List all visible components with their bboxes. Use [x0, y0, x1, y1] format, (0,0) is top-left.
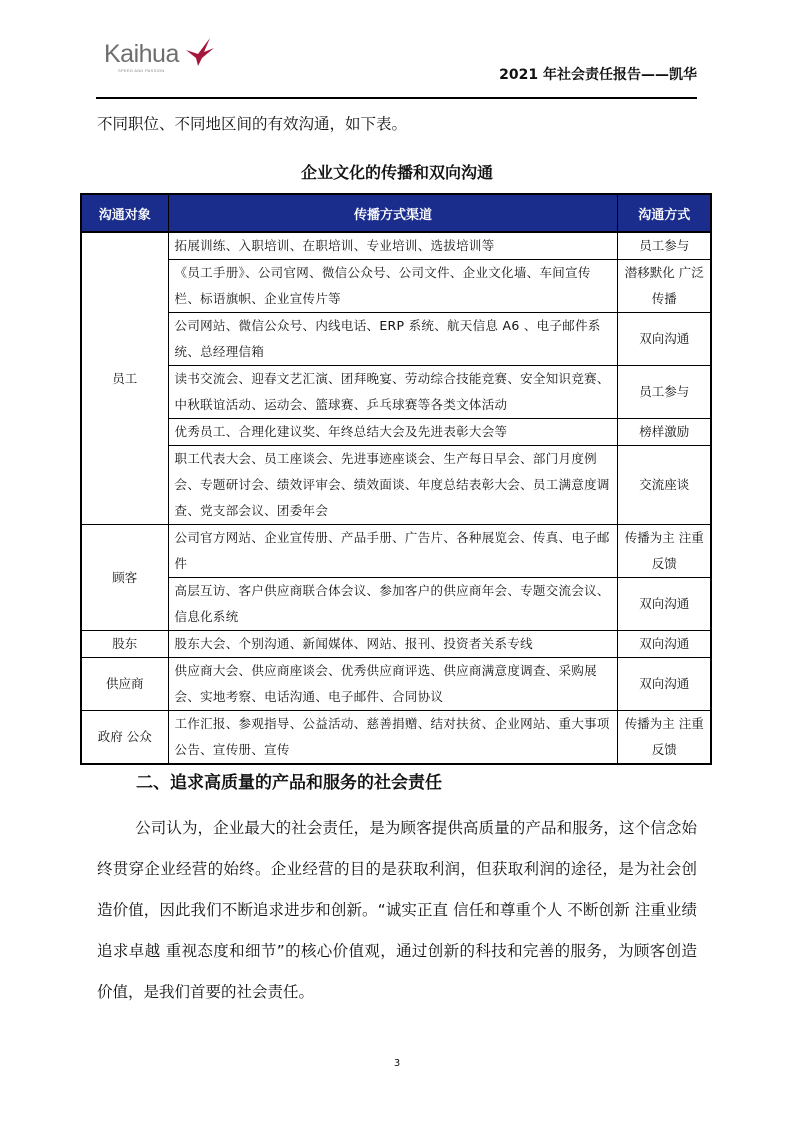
table-row: 《员工手册》、公司官网、微信公众号、公司文件、企业文化墙、车间宣传栏、标语旗帜、…: [81, 260, 711, 313]
method-cell: 传播为主 注重反馈: [618, 711, 711, 765]
column-header-target: 沟通对象: [81, 194, 168, 232]
method-cell: 双向沟通: [618, 631, 711, 658]
table-row: 读书交流会、迎春文艺汇演、团拜晚宴、劳动综合技能竞赛、安全知识竞赛、中秋联谊活动…: [81, 366, 711, 419]
channels-cell: 供应商大会、供应商座谈会、优秀供应商评选、供应商满意度调查、采购展会、实地考察、…: [168, 658, 618, 711]
target-cell: 顾客: [81, 525, 168, 631]
table-row: 公司网站、微信公众号、内线电话、ERP 系统、航天信息 A6 、电子邮件系统、总…: [81, 313, 711, 366]
table-row: 高层互访、客户供应商联合体会议、参加客户的供应商年会、专题交流会议、信息化系统 …: [81, 578, 711, 631]
target-cell: 供应商: [81, 658, 168, 711]
channels-cell: 公司网站、微信公众号、内线电话、ERP 系统、航天信息 A6 、电子邮件系统、总…: [168, 313, 618, 366]
target-cell: 员工: [81, 232, 168, 525]
table-row: 职工代表大会、员工座谈会、先进事迹座谈会、生产每日早会、部门月度例会、专题研讨会…: [81, 446, 711, 525]
method-cell: 榜样激励: [618, 419, 711, 446]
channels-cell: 优秀员工、合理化建议奖、年终总结大会及先进表彰大会等: [168, 419, 618, 446]
table-row: 顾客 公司官方网站、企业宣传册、产品手册、广告片、各种展览会、传真、电子邮件 传…: [81, 525, 711, 578]
method-cell: 潜移默化 广泛传播: [618, 260, 711, 313]
report-title: 2021 年社会责任报告——凯华: [499, 64, 697, 84]
body-paragraph: 公司认为，企业最大的社会责任，是为顾客提供高质量的产品和服务，这个信念始终贯穿企…: [97, 808, 697, 1013]
hummingbird-icon: [184, 36, 216, 66]
method-cell: 双向沟通: [618, 578, 711, 631]
method-cell: 员工参与: [618, 232, 711, 260]
channels-cell: 股东大会、个别沟通、新闻媒体、网站、报刊、投资者关系专线: [168, 631, 618, 658]
target-cell: 政府 公众: [81, 711, 168, 765]
section-heading: 二、追求高质量的产品和服务的社会责任: [136, 768, 442, 793]
table-row: 员工 拓展训练、入职培训、在职培训、专业培训、选拔培训等 员工参与: [81, 232, 711, 260]
channels-cell: 工作汇报、参观指导、公益活动、慈善捐赠、结对扶贫、企业网站、重大事项公告、宣传册…: [168, 711, 618, 765]
table-row: 供应商 供应商大会、供应商座谈会、优秀供应商评选、供应商满意度调查、采购展会、实…: [81, 658, 711, 711]
method-cell: 交流座谈: [618, 446, 711, 525]
logo-wordmark: Kaihua: [104, 40, 179, 69]
body-paragraph-text: 公司认为，企业最大的社会责任，是为顾客提供高质量的产品和服务，这个信念始终贯穿企…: [97, 819, 697, 1001]
channels-cell: 职工代表大会、员工座谈会、先进事迹座谈会、生产每日早会、部门月度例会、专题研讨会…: [168, 446, 618, 525]
channels-cell: 拓展训练、入职培训、在职培训、专业培训、选拔培训等: [168, 232, 618, 260]
method-cell: 双向沟通: [618, 658, 711, 711]
method-cell: 双向沟通: [618, 313, 711, 366]
table-header-row: 沟通对象 传播方式渠道 沟通方式: [81, 194, 711, 232]
channels-cell: 读书交流会、迎春文艺汇演、团拜晚宴、劳动综合技能竞赛、安全知识竞赛、中秋联谊活动…: [168, 366, 618, 419]
intro-text: 不同职位、不同地区间的有效沟通，如下表。: [97, 112, 407, 134]
company-logo: Kaihua SPEED AND PASSION: [104, 36, 216, 76]
column-header-method: 沟通方式: [618, 194, 711, 232]
table-row: 股东 股东大会、个别沟通、新闻媒体、网站、报刊、投资者关系专线 双向沟通: [81, 631, 711, 658]
channels-cell: 高层互访、客户供应商联合体会议、参加客户的供应商年会、专题交流会议、信息化系统: [168, 578, 618, 631]
page-number: 3: [0, 1058, 794, 1069]
channels-cell: 《员工手册》、公司官网、微信公众号、公司文件、企业文化墙、车间宣传栏、标语旗帜、…: [168, 260, 618, 313]
method-cell: 传播为主 注重反馈: [618, 525, 711, 578]
table-row: 政府 公众 工作汇报、参观指导、公益活动、慈善捐赠、结对扶贫、企业网站、重大事项…: [81, 711, 711, 765]
table-row: 优秀员工、合理化建议奖、年终总结大会及先进表彰大会等 榜样激励: [81, 419, 711, 446]
column-header-channels: 传播方式渠道: [168, 194, 618, 232]
logo-tagline: SPEED AND PASSION: [118, 68, 165, 73]
header-divider: [96, 97, 697, 99]
table-title: 企业文化的传播和双向沟通: [0, 160, 794, 183]
channels-cell: 公司官方网站、企业宣传册、产品手册、广告片、各种展览会、传真、电子邮件: [168, 525, 618, 578]
method-cell: 员工参与: [618, 366, 711, 419]
communication-table: 沟通对象 传播方式渠道 沟通方式 员工 拓展训练、入职培训、在职培训、专业培训、…: [80, 193, 712, 765]
target-cell: 股东: [81, 631, 168, 658]
